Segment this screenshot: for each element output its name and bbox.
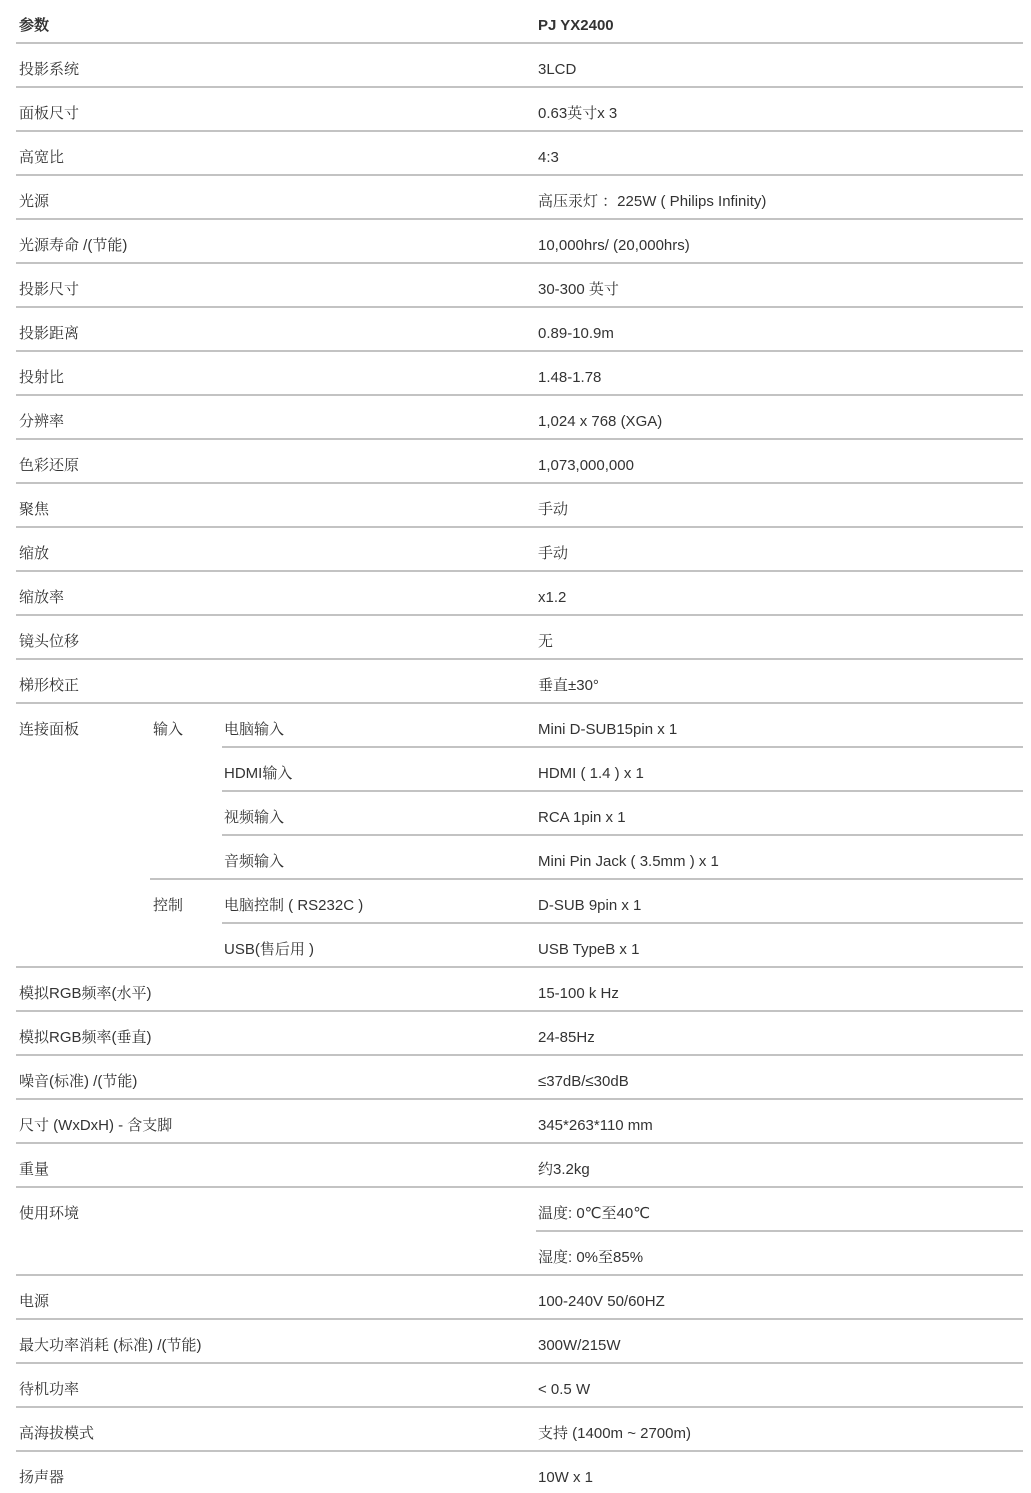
param-header: 参数 bbox=[19, 0, 49, 44]
spec-value: < 0.5 W bbox=[538, 1364, 590, 1408]
spec-value: 支持 (1400m ~ 2700m) bbox=[538, 1408, 691, 1452]
spec-value: 10W x 1 bbox=[538, 1452, 593, 1493]
table-row: 电源100-240V 50/60HZ bbox=[16, 1276, 1023, 1320]
sub-value: D-SUB 9pin x 1 bbox=[538, 880, 641, 924]
spec-label: 投影系统 bbox=[19, 44, 79, 88]
spec-label: 光源 bbox=[19, 176, 49, 220]
spec-value: ≤37dB/≤30dB bbox=[538, 1056, 629, 1100]
humidity-value: 湿度: 0%至85% bbox=[538, 1232, 643, 1276]
spec-label: 投射比 bbox=[19, 352, 64, 396]
table-row: 模拟RGB频率(垂直)24-85Hz bbox=[16, 1012, 1023, 1056]
spec-value: 15-100 k Hz bbox=[538, 968, 619, 1012]
group-input-label: 输入 bbox=[153, 704, 183, 748]
table-row: 镜头位移无 bbox=[16, 616, 1023, 660]
table-row: 噪音(标准) /(节能)≤37dB/≤30dB bbox=[16, 1056, 1023, 1100]
sub-value: Mini D-SUB15pin x 1 bbox=[538, 704, 677, 748]
spec-label: 高宽比 bbox=[19, 132, 64, 176]
spec-label: 分辨率 bbox=[19, 396, 64, 440]
connection-label: 连接面板 bbox=[19, 704, 79, 748]
spec-value: 1,073,000,000 bbox=[538, 440, 634, 484]
sub-label: 电脑输入 bbox=[224, 704, 284, 748]
sub-label: 视频输入 bbox=[224, 792, 284, 836]
spec-value: 24-85Hz bbox=[538, 1012, 595, 1056]
spec-value: 高压汞灯 ：225W ( Philips Infinity) bbox=[538, 176, 766, 220]
model-header: PJ YX2400 bbox=[538, 0, 614, 44]
table-row: 投影系统3LCD bbox=[16, 44, 1023, 88]
table-row: 投影距离0.89-10.9m bbox=[16, 308, 1023, 352]
table-row: 分辨率1,024 x 768 (XGA) bbox=[16, 396, 1023, 440]
sub-label: USB(售后用 ) bbox=[224, 924, 314, 968]
spec-table: 参数 PJ YX2400 投影系统3LCD面板尺寸0.63英寸x 3高宽比4:3… bbox=[16, 0, 1023, 1493]
table-row: 模拟RGB频率(水平)15-100 k Hz bbox=[16, 968, 1023, 1012]
spec-value: 3LCD bbox=[538, 44, 576, 88]
spec-label: 光源寿命 /(节能) bbox=[19, 220, 127, 264]
sub-label: HDMI输入 bbox=[224, 748, 292, 792]
table-row: 光源寿命 /(节能)10,000hrs/ (20,000hrs) bbox=[16, 220, 1023, 264]
spec-label: 高海拔模式 bbox=[19, 1408, 94, 1452]
table-row: 聚焦手动 bbox=[16, 484, 1023, 528]
spec-label: 电源 bbox=[19, 1276, 49, 1320]
spec-value: 1.48-1.78 bbox=[538, 352, 601, 396]
spec-value: 约3.2kg bbox=[538, 1144, 590, 1188]
spec-label: 面板尺寸 bbox=[19, 88, 79, 132]
spec-value: 4:3 bbox=[538, 132, 559, 176]
spec-label: 梯形校正 bbox=[19, 660, 79, 704]
table-row: 投影尺寸30-300 英寸 bbox=[16, 264, 1023, 308]
spec-value: x1.2 bbox=[538, 572, 566, 616]
spec-label: 最大功率消耗 (标准) /(节能) bbox=[19, 1320, 201, 1364]
connection-panel-block: 连接面板 输入 控制 电脑输入 Mini D-SUB15pin x 1 HDMI… bbox=[16, 704, 1023, 968]
environment-block: 使用环境 温度: 0℃至40℃ 湿度: 0%至85% bbox=[16, 1188, 1023, 1276]
spec-label: 镜头位移 bbox=[19, 616, 79, 660]
spec-label: 噪音(标准) /(节能) bbox=[19, 1056, 137, 1100]
table-row: 扬声器10W x 1 bbox=[16, 1452, 1023, 1493]
table-row: 高海拔模式支持 (1400m ~ 2700m) bbox=[16, 1408, 1023, 1452]
spec-value: 300W/215W bbox=[538, 1320, 621, 1364]
spec-label: 色彩还原 bbox=[19, 440, 79, 484]
table-row: 面板尺寸0.63英寸x 3 bbox=[16, 88, 1023, 132]
table-row: 缩放率x1.2 bbox=[16, 572, 1023, 616]
temperature-value: 温度: 0℃至40℃ bbox=[538, 1188, 650, 1232]
table-row: 待机功率< 0.5 W bbox=[16, 1364, 1023, 1408]
spec-value: 0.89-10.9m bbox=[538, 308, 614, 352]
table-row: 重量约3.2kg bbox=[16, 1144, 1023, 1188]
spec-value: 手动 bbox=[538, 528, 568, 572]
sub-label: 音频输入 bbox=[224, 836, 284, 880]
spec-value: 100-240V 50/60HZ bbox=[538, 1276, 665, 1320]
table-row: 缩放手动 bbox=[16, 528, 1023, 572]
spec-label: 待机功率 bbox=[19, 1364, 79, 1408]
spec-value: 垂直±30° bbox=[538, 660, 599, 704]
spec-value: 10,000hrs/ (20,000hrs) bbox=[538, 220, 690, 264]
spec-label: 重量 bbox=[19, 1144, 49, 1188]
spec-value: 30-300 英寸 bbox=[538, 264, 619, 308]
spec-label: 聚焦 bbox=[19, 484, 49, 528]
spec-label: 缩放 bbox=[19, 528, 49, 572]
table-row: 尺寸 (WxDxH) - 含支脚345*263*110 mm bbox=[16, 1100, 1023, 1144]
table-row: 最大功率消耗 (标准) /(节能)300W/215W bbox=[16, 1320, 1023, 1364]
sub-value: Mini Pin Jack ( 3.5mm ) x 1 bbox=[538, 836, 719, 880]
spec-label: 模拟RGB频率(水平) bbox=[19, 968, 152, 1012]
spec-label: 缩放率 bbox=[19, 572, 64, 616]
spec-value: 无 bbox=[538, 616, 553, 660]
spec-label: 模拟RGB频率(垂直) bbox=[19, 1012, 152, 1056]
spec-label: 扬声器 bbox=[19, 1452, 64, 1493]
table-header-row: 参数 PJ YX2400 bbox=[16, 0, 1023, 44]
spec-value: 0.63英寸x 3 bbox=[538, 88, 617, 132]
spec-value: 手动 bbox=[538, 484, 568, 528]
spec-value: 345*263*110 mm bbox=[538, 1100, 653, 1144]
table-row: 色彩还原1,073,000,000 bbox=[16, 440, 1023, 484]
spec-label: 投影尺寸 bbox=[19, 264, 79, 308]
sub-value: USB TypeB x 1 bbox=[538, 924, 639, 968]
environment-label: 使用环境 bbox=[19, 1188, 79, 1232]
sub-value: RCA 1pin x 1 bbox=[538, 792, 626, 836]
group-control-label: 控制 bbox=[153, 880, 183, 924]
spec-label: 投影距离 bbox=[19, 308, 79, 352]
sub-label: 电脑控制 ( RS232C ) bbox=[224, 880, 363, 924]
spec-value: 1,024 x 768 (XGA) bbox=[538, 396, 662, 440]
sub-value: HDMI ( 1.4 ) x 1 bbox=[538, 748, 644, 792]
spec-label: 尺寸 (WxDxH) - 含支脚 bbox=[19, 1100, 172, 1144]
table-row: 高宽比4:3 bbox=[16, 132, 1023, 176]
table-row: 投射比1.48-1.78 bbox=[16, 352, 1023, 396]
table-row: 光源高压汞灯 ：225W ( Philips Infinity) bbox=[16, 176, 1023, 220]
table-row: 梯形校正垂直±30° bbox=[16, 660, 1023, 704]
